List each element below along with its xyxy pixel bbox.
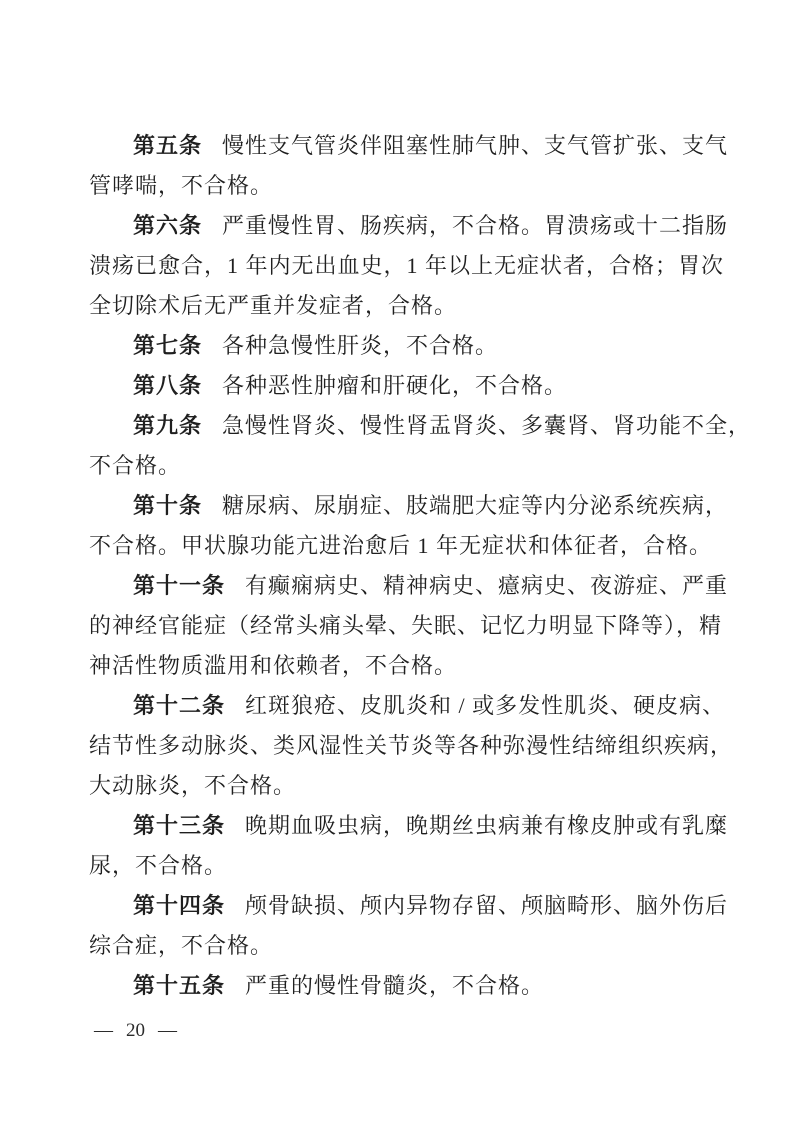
article-number: 第十四条 (133, 893, 225, 918)
article-number: 第七条 (133, 333, 202, 358)
continuation-line: 的神经官能症（经常头痛头晕、失眠、记忆力明显下降等），精 (89, 606, 705, 646)
article-line: 第十一条有癫痫病史、精神病史、癔病史、夜游症、严重 (89, 566, 705, 606)
continuation-line: 尿，不合格。 (89, 846, 705, 886)
article-text: 全切除术后无严重并发症者，合格。 (89, 293, 457, 318)
article-text: 神活性物质滥用和依赖者，不合格。 (89, 653, 457, 678)
article-text: 结节性多动脉炎、类风湿性关节炎等各种弥漫性结缔组织疾病， (89, 733, 733, 758)
continuation-line: 溃疡已愈合，1 年内无出血史，1 年以上无症状者，合格；胃次 (89, 246, 705, 286)
article-text: 溃疡已愈合，1 年内无出血史，1 年以上无症状者，合格；胃次 (89, 253, 724, 278)
footer-dash-right: — (158, 1020, 177, 1042)
article-text: 有癫痫病史、精神病史、癔病史、夜游症、严重 (245, 573, 728, 598)
article-text: 综合症，不合格。 (89, 933, 273, 958)
article-number: 第十条 (133, 493, 202, 518)
article-line: 第五条慢性支气管炎伴阻塞性肺气肿、支气管扩张、支气 (89, 126, 705, 166)
continuation-line: 大动脉炎，不合格。 (89, 766, 705, 806)
article-text: 管哮喘，不合格。 (89, 173, 273, 198)
article-line: 第八条各种恶性肿瘤和肝硬化，不合格。 (89, 366, 705, 406)
article-text: 颅骨缺损、颅内异物存留、颅脑畸形、脑外伤后 (245, 893, 728, 918)
article-number: 第八条 (133, 373, 202, 398)
article-number: 第十二条 (133, 693, 225, 718)
article-text: 大动脉炎，不合格。 (89, 773, 296, 798)
continuation-line: 综合症，不合格。 (89, 926, 705, 966)
continuation-line: 不合格。甲状腺功能亢进治愈后 1 年无症状和体征者，合格。 (89, 526, 705, 566)
article-number: 第六条 (133, 213, 202, 238)
article-text: 各种恶性肿瘤和肝硬化，不合格。 (222, 373, 567, 398)
article-text: 不合格。 (89, 453, 181, 478)
continuation-line: 全切除术后无严重并发症者，合格。 (89, 286, 705, 326)
page-number: 20 (126, 1020, 145, 1042)
article-text: 晚期血吸虫病，晚期丝虫病兼有橡皮肿或有乳糜 (245, 813, 728, 838)
article-number: 第十三条 (133, 813, 225, 838)
continuation-line: 神活性物质滥用和依赖者，不合格。 (89, 646, 705, 686)
article-number: 第五条 (133, 133, 202, 158)
document-page: 第五条慢性支气管炎伴阻塞性肺气肿、支气管扩张、支气管哮喘，不合格。第六条严重慢性… (0, 0, 793, 1122)
article-text: 急慢性肾炎、慢性肾盂肾炎、多囊肾、肾功能不全， (222, 413, 751, 438)
document-body: 第五条慢性支气管炎伴阻塞性肺气肿、支气管扩张、支气管哮喘，不合格。第六条严重慢性… (89, 126, 705, 1006)
article-text: 糖尿病、尿崩症、肢端肥大症等内分泌系统疾病， (222, 493, 728, 518)
continuation-line: 结节性多动脉炎、类风湿性关节炎等各种弥漫性结缔组织疾病， (89, 726, 705, 766)
article-text: 严重的慢性骨髓炎，不合格。 (245, 973, 544, 998)
article-text: 严重慢性胃、肠疾病，不合格。胃溃疡或十二指肠 (222, 213, 728, 238)
page-footer: — 20 — (94, 1020, 177, 1042)
article-text: 尿，不合格。 (89, 853, 227, 878)
article-line: 第十五条严重的慢性骨髓炎，不合格。 (89, 966, 705, 1006)
article-number: 第十一条 (133, 573, 225, 598)
article-text: 各种急慢性肝炎，不合格。 (222, 333, 498, 358)
article-line: 第九条急慢性肾炎、慢性肾盂肾炎、多囊肾、肾功能不全， (89, 406, 705, 446)
article-number: 第十五条 (133, 973, 225, 998)
article-text: 不合格。甲状腺功能亢进治愈后 1 年无症状和体征者，合格。 (89, 533, 712, 558)
article-line: 第十条糖尿病、尿崩症、肢端肥大症等内分泌系统疾病， (89, 486, 705, 526)
article-text: 红斑狼疮、皮肌炎和 / 或多发性肌炎、硬皮病、 (245, 693, 725, 718)
article-text: 慢性支气管炎伴阻塞性肺气肿、支气管扩张、支气 (222, 133, 728, 158)
article-line: 第十二条红斑狼疮、皮肌炎和 / 或多发性肌炎、硬皮病、 (89, 686, 705, 726)
article-line: 第十三条晚期血吸虫病，晚期丝虫病兼有橡皮肿或有乳糜 (89, 806, 705, 846)
article-line: 第十四条颅骨缺损、颅内异物存留、颅脑畸形、脑外伤后 (89, 886, 705, 926)
article-number: 第九条 (133, 413, 202, 438)
footer-dash-left: — (94, 1020, 113, 1042)
continuation-line: 不合格。 (89, 446, 705, 486)
continuation-line: 管哮喘，不合格。 (89, 166, 705, 206)
article-line: 第七条各种急慢性肝炎，不合格。 (89, 326, 705, 366)
article-text: 的神经官能症（经常头痛头晕、失眠、记忆力明显下降等），精 (89, 613, 722, 638)
article-line: 第六条严重慢性胃、肠疾病，不合格。胃溃疡或十二指肠 (89, 206, 705, 246)
